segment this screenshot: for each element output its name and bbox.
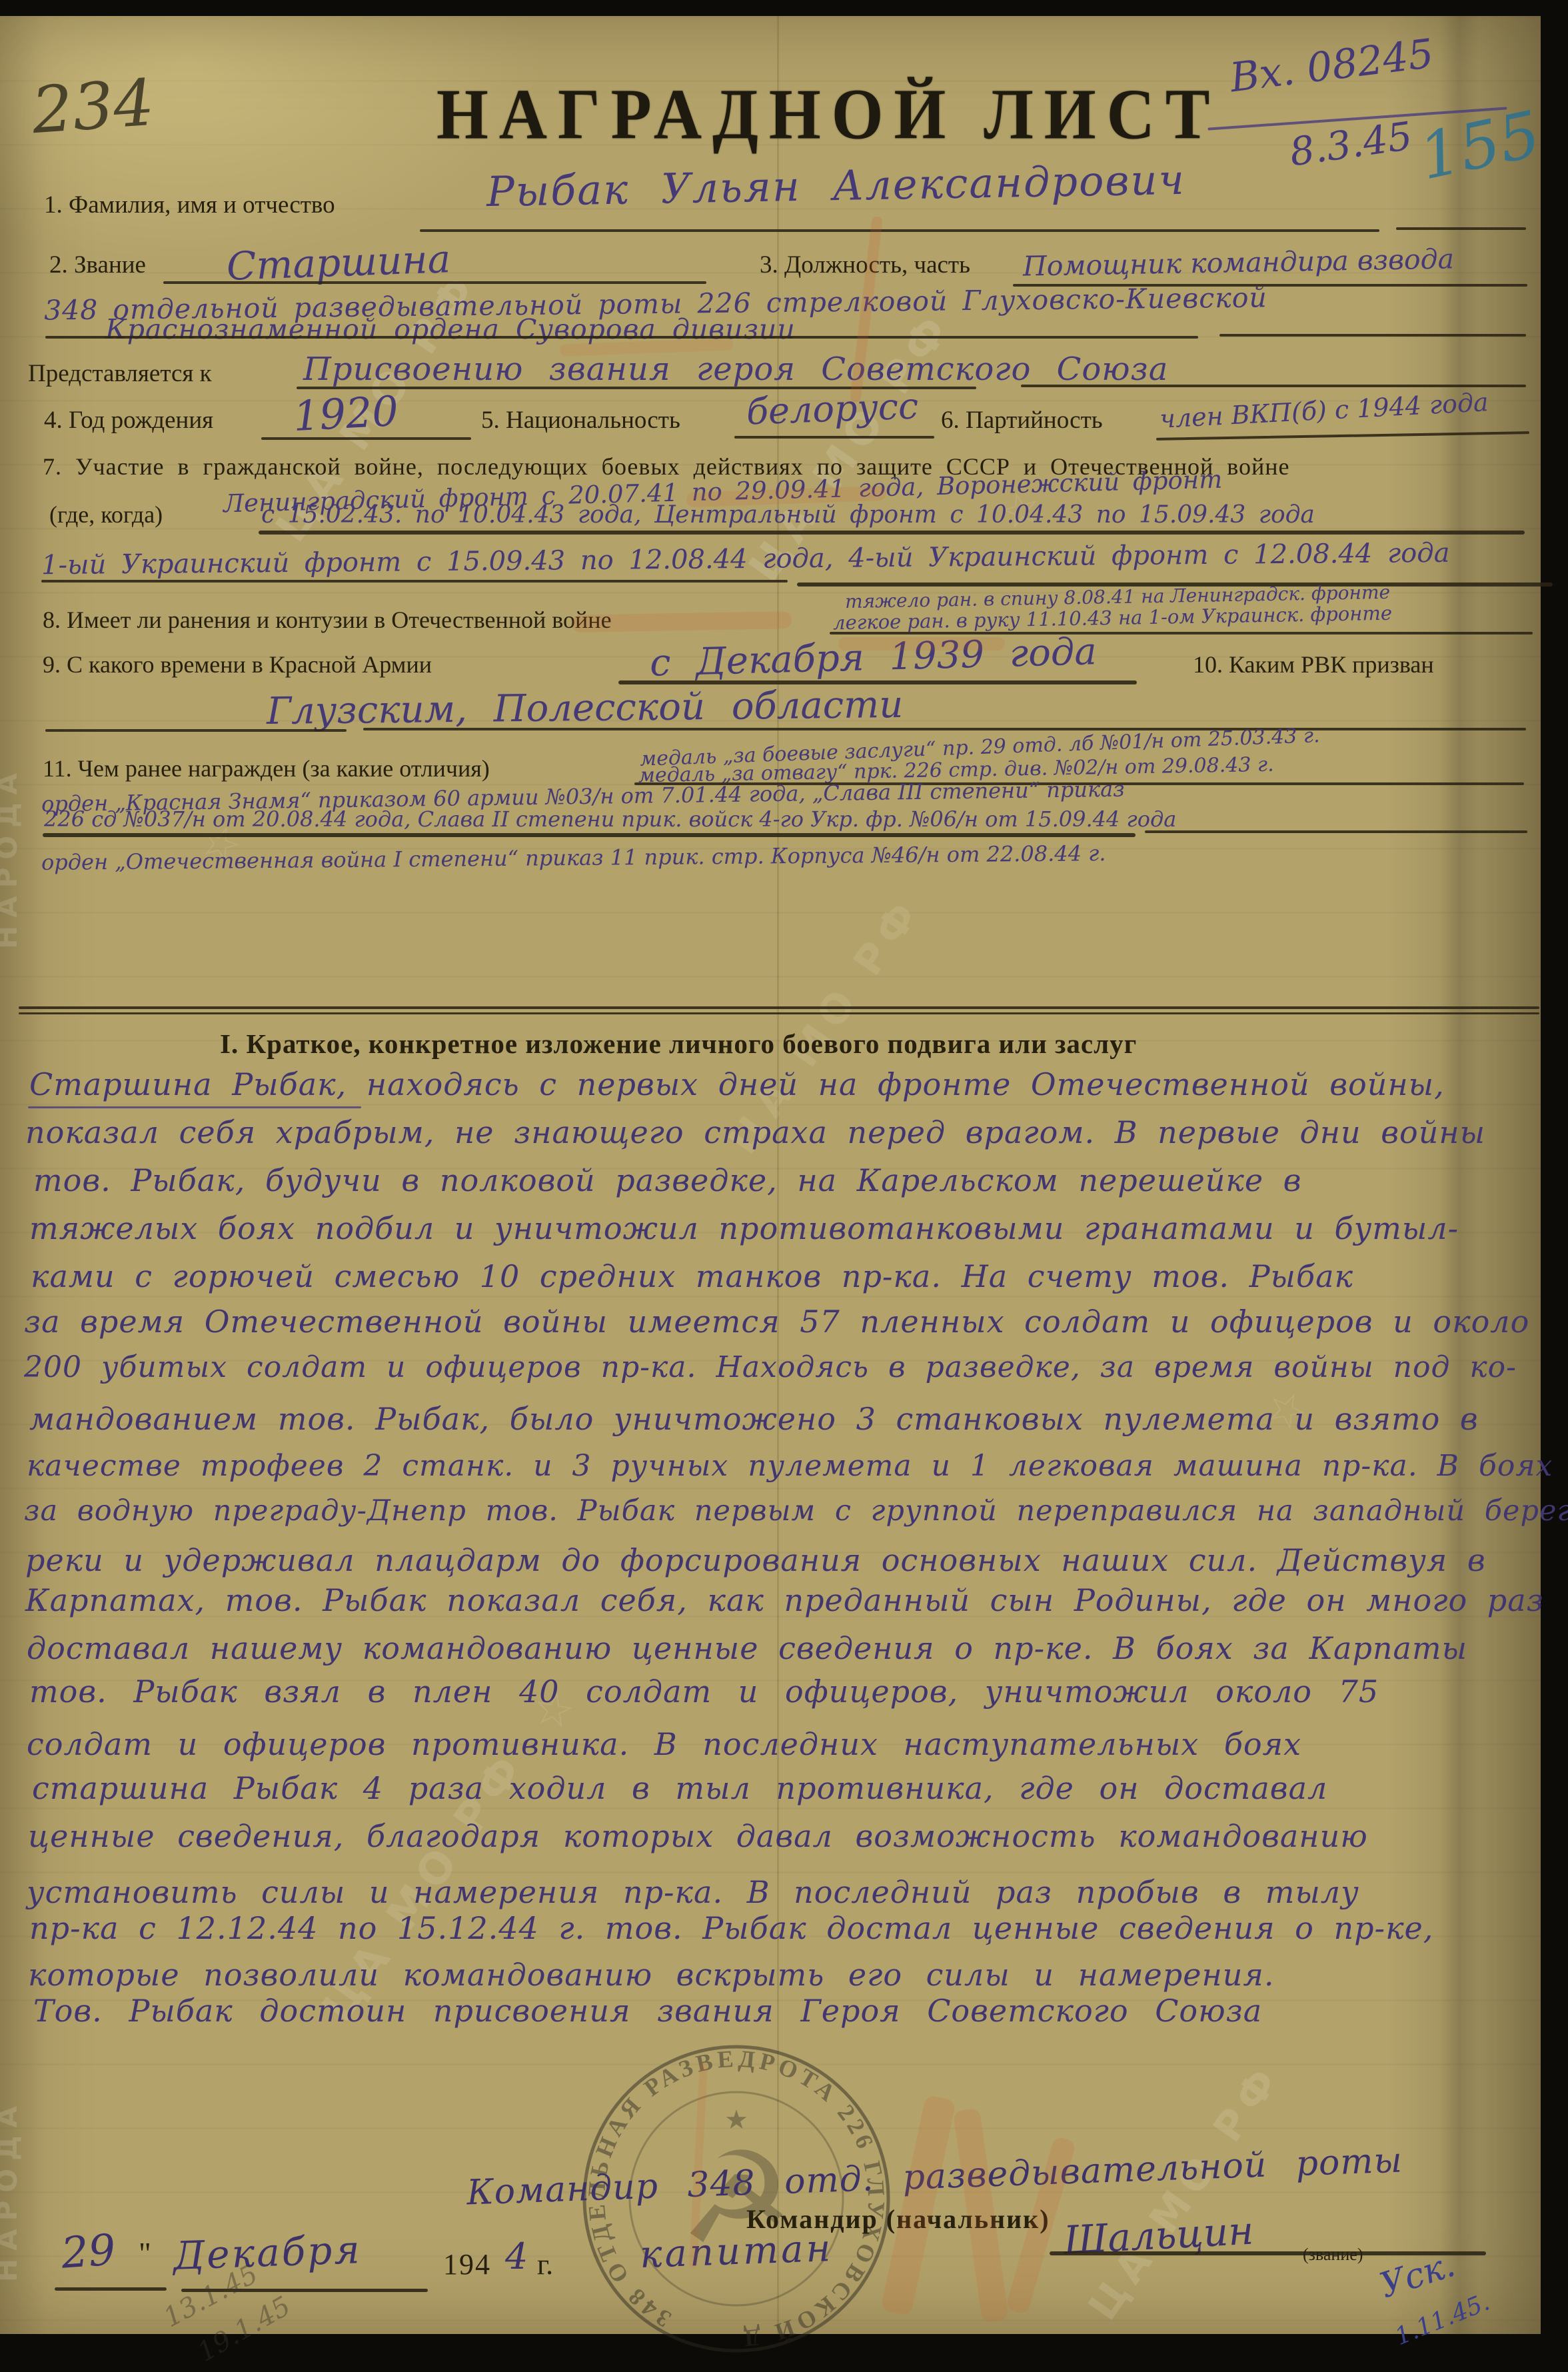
field-surname-value: Рыбак Ульян Александрович <box>486 155 1185 216</box>
section-divider-top <box>19 1006 1539 1009</box>
body-line: Карпатах, тов. Рыбак показал себя, как п… <box>25 1582 1544 1618</box>
presented-for-value: Присвоению звания героя Советского Союза <box>303 351 1168 388</box>
document-title: НАГРАДНОЙ ЛИСТ <box>436 73 1221 155</box>
presented-for-label: Представляется к <box>28 359 212 388</box>
field-war-underline2 <box>41 580 788 583</box>
body-line: тов. Рыбак, будучи в полковой разведке, … <box>33 1162 1301 1198</box>
field-awards-underline2 <box>43 833 1136 837</box>
field-war-value-line2: с 15.02.43. по 10.04.43 года, Центральны… <box>261 501 1315 529</box>
field-rank-label: 2. Звание <box>49 251 146 279</box>
field-war-where-label: (где, когда) <box>49 501 163 529</box>
field-rvk-underline <box>45 729 347 732</box>
right-crease-shadow <box>1439 16 1479 2334</box>
incoming-number: Вх. 08245 <box>1227 31 1436 102</box>
body-line: которые позволили командованию вскрыть е… <box>28 1957 1274 1993</box>
field-rank-underline <box>163 281 706 284</box>
field-rvk-label: 10. Каким РВК призван <box>1193 650 1434 678</box>
page-number: 234 <box>29 65 157 149</box>
field-unit-underline <box>45 336 1198 339</box>
field-party-label: 6. Партийность <box>941 406 1103 435</box>
date-underline1 <box>55 2287 167 2291</box>
field-birthyear-value: 1920 <box>292 387 399 441</box>
field-position-value: Помощник командира взвода <box>1023 243 1455 282</box>
body-line: за время Отечественной войны имеется 57 … <box>24 1304 1529 1340</box>
watermark-narodа: НАРОДА <box>0 765 23 949</box>
field-awards-value4: 226 сд №037/н от 20.08.44 года, Слава II… <box>44 806 1176 832</box>
field-war-value-line3: 1-ый Украинский фронт с 15.09.43 по 12.0… <box>41 538 1450 581</box>
body-line: пр-ка с 12.12.44 по 15.12.44 г. тов. Рыб… <box>29 1910 1433 1946</box>
date-year-printed: 194 <box>443 2247 491 2281</box>
field-wounds-label: 8. Имеет ли ранения и контузии в Отечест… <box>43 606 612 634</box>
field-birthyear-label: 4. Год рождения <box>44 406 213 435</box>
field-surname-underline2 <box>1396 227 1526 230</box>
section-divider-bottom <box>19 1012 1539 1014</box>
field-surname-label: 1. Фамилия, имя и отчество <box>44 191 335 219</box>
body-underline-name <box>28 1106 361 1108</box>
field-awards-underline3 <box>1145 830 1527 833</box>
body-line: старшина Рыбак 4 раза ходил в тыл против… <box>32 1770 1327 1806</box>
watermark-naroda: НАРОДА <box>0 2098 23 2282</box>
scan-edge-top <box>0 0 1568 16</box>
field-surname-underline <box>420 229 1379 232</box>
body-line: за водную преграду-Днепр тов. Рыбак перв… <box>24 1494 1568 1528</box>
crayon-mark <box>572 611 792 632</box>
body-line: установить силы и намерения пр-ка. В пос… <box>27 1874 1359 1910</box>
field-war-underline <box>259 531 1525 535</box>
body-line: ценные сведения, благодаря которых давал… <box>28 1818 1368 1854</box>
rank-caption: (звание) <box>1303 2245 1363 2265</box>
body-line: солдат и офицеров противника. В последни… <box>27 1726 1301 1762</box>
body-line: Старшина Рыбак, находясь с первых дней н… <box>29 1066 1445 1102</box>
body-line: Тов. Рыбак достоин присвоения звания Гер… <box>33 1993 1262 2029</box>
body-line: мандованием тов. Рыбак, было уничтожено … <box>29 1401 1479 1437</box>
body-line: реки и удерживал плацдарм до форсировани… <box>25 1542 1486 1578</box>
body-line: 200 убитых солдат и офицеров пр-ка. Нахо… <box>24 1350 1517 1384</box>
date-day: 29 <box>60 2225 117 2279</box>
field-nationality-value: белорусс <box>746 385 919 433</box>
watermark-archive: ЦА МО РФ <box>1080 2054 1291 2329</box>
field-army-since-label: 9. С какого времени в Красной Армии <box>43 650 432 678</box>
presented-underline2 <box>1021 385 1526 387</box>
section1-heading: I. Краткое, конкретное изложение личного… <box>220 1028 1137 1060</box>
field-rvk-value: Глузским, Полесской области <box>267 683 904 733</box>
date-month: Декабря <box>173 2227 363 2279</box>
crayon-mark <box>838 637 1005 650</box>
field-awards-label: 11. Чем ранее награжден (за какие отличи… <box>43 754 490 782</box>
field-rvk-underline2 <box>363 728 1526 730</box>
scanned-document: ЦА МО РФ ЦА МО РФ ЦА МО РФ ЦА МО РФ ЦА М… <box>0 0 1568 2372</box>
signature-rank: капитан <box>639 2227 834 2277</box>
body-line: показал себя храбрым, не знающего страха… <box>25 1114 1485 1150</box>
date-quote: " <box>139 2235 151 2271</box>
field-nationality-underline <box>734 436 934 439</box>
body-line: тяжелых боях подбил и уничтожил противот… <box>29 1210 1459 1246</box>
date-year-hand: 4 <box>505 2235 528 2277</box>
date-g: г. <box>537 2247 553 2281</box>
body-line: доставал нашему командованию ценные свед… <box>27 1630 1467 1666</box>
scan-edge-right <box>1541 0 1568 2372</box>
field-unit-underline2 <box>1219 334 1526 337</box>
field-birthyear-underline <box>261 437 471 440</box>
field-nationality-label: 5. Национальность <box>481 406 680 435</box>
body-line: качестве трофеев 2 станк. и 3 ручных пул… <box>27 1449 1553 1483</box>
paper-sheet: ЦА МО РФ ЦА МО РФ ЦА МО РФ ЦА МО РФ ЦА М… <box>0 16 1541 2334</box>
body-line: ками с горючей смесью 10 средних танков … <box>31 1258 1353 1294</box>
body-line: тов. Рыбак взял в плен 40 солдат и офице… <box>29 1674 1379 1710</box>
